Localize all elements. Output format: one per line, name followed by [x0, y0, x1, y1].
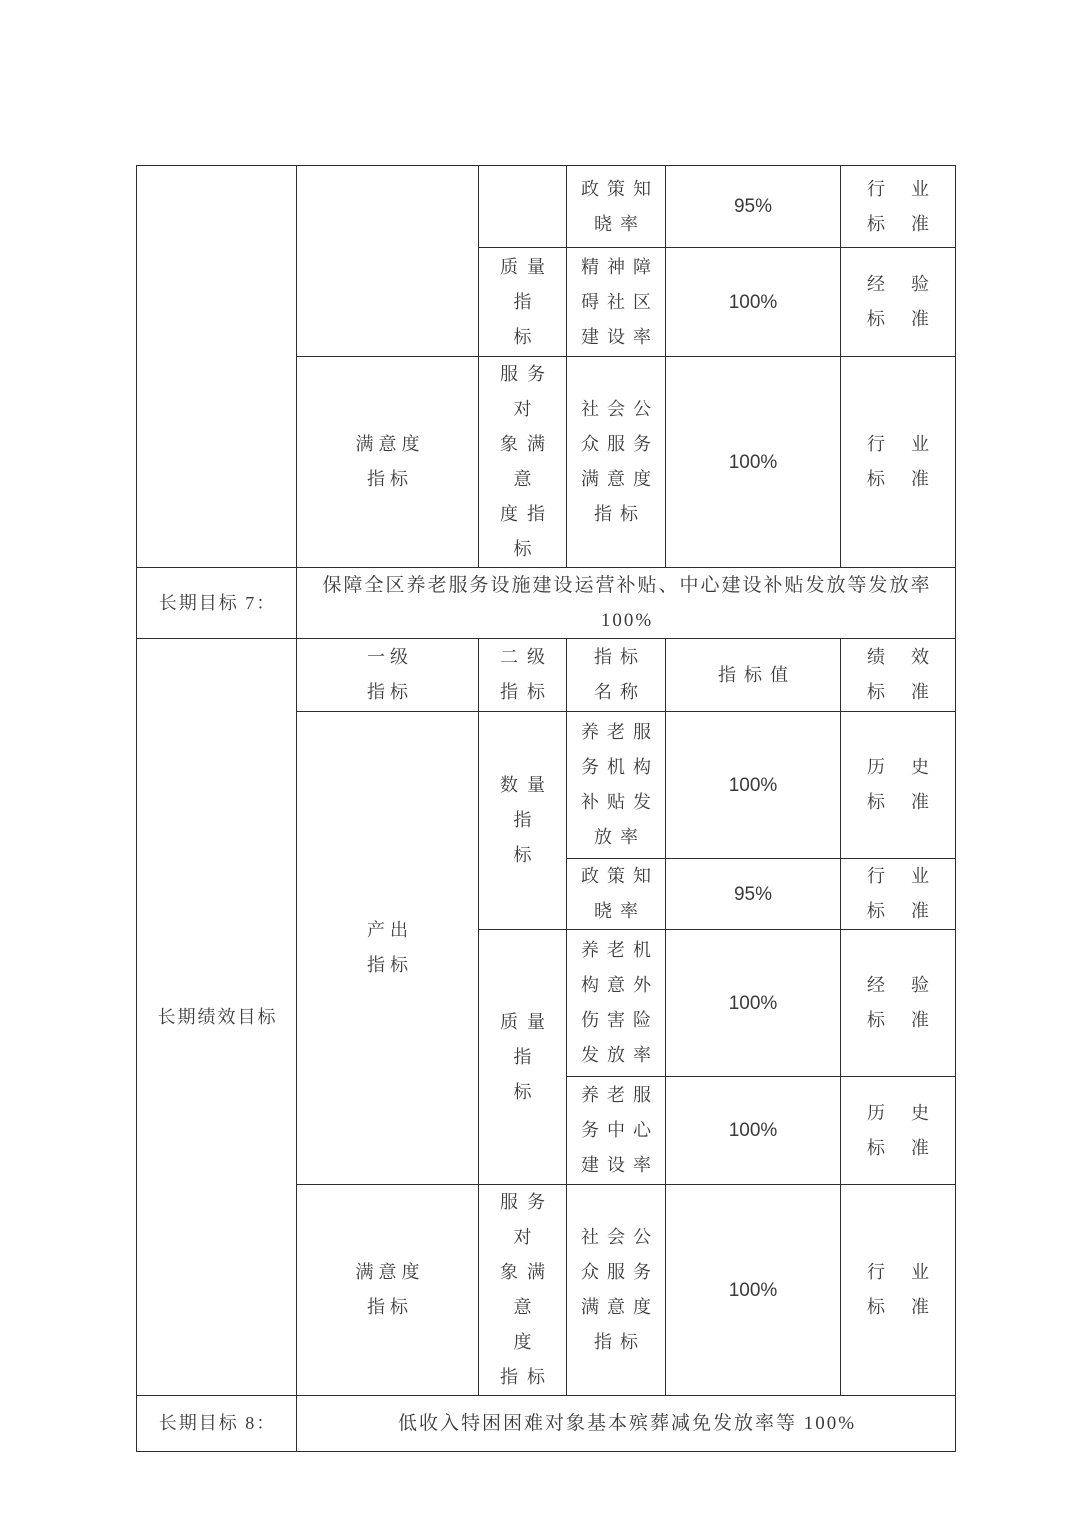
indicator-value-cell: 100% — [666, 248, 841, 357]
indicator-name-cell: 养老服 务中心 建设率 — [567, 1077, 666, 1185]
indicator-value-cell: 100% — [666, 1185, 841, 1396]
goal7-label-cell: 长期目标 7： — [137, 568, 297, 639]
level2-indicator-cell: 服务对 象满意 度指标 — [479, 357, 567, 568]
indicator-value-cell: 100% — [666, 930, 841, 1077]
indicator-name-cell: 社会公 众服务 满意度 指标 — [567, 357, 666, 568]
goal-label-cell-empty — [137, 166, 297, 568]
level1-output-indicator-cell: 产出 指标 — [297, 712, 479, 1185]
header-indicator-name-cell: 指标 名称 — [567, 639, 666, 712]
indicator-value-cell: 95% — [666, 166, 841, 248]
indicator-value-cell: 95% — [666, 859, 841, 930]
performance-indicators-table: 政策知 晓率 95% 行业 标准 质量指 标 精神障 碍社区 建设率 100% … — [136, 165, 956, 1452]
header-level2-cell: 二级 指标 — [479, 639, 567, 712]
performance-standard-cell: 行业 标准 — [841, 166, 956, 248]
level2-quality-indicator-cell: 质量指 标 — [479, 930, 567, 1185]
level2-quantity-indicator-cell: 数量指 标 — [479, 712, 567, 930]
level1-indicator-cell: 满意度 指标 — [297, 357, 479, 568]
indicator-value-cell: 100% — [666, 1077, 841, 1185]
goal8-content-cell: 低收入特困困难对象基本殡葬减免发放率等 100% — [297, 1396, 956, 1452]
performance-standard-cell: 经验 标准 — [841, 248, 956, 357]
level1-indicator-cell-empty — [297, 166, 479, 357]
table-row: 长期目标 8： 低收入特困困难对象基本殡葬减免发放率等 100% — [137, 1396, 956, 1452]
long-term-performance-goal-label-cell: 长期绩效目标 — [137, 639, 297, 1396]
goal8-label-cell: 长期目标 8： — [137, 1396, 297, 1452]
indicator-name-cell: 精神障 碍社区 建设率 — [567, 248, 666, 357]
performance-standard-cell: 行业 标准 — [841, 357, 956, 568]
goal7-content-cell: 保障全区养老服务设施建设运营补贴、中心建设补贴发放等发放率 100% — [297, 568, 956, 639]
level2-indicator-cell: 质量指 标 — [479, 248, 567, 357]
level2-indicator-cell-empty — [479, 166, 567, 248]
performance-standard-cell: 经验 标准 — [841, 930, 956, 1077]
header-standard-cell: 绩效 标准 — [841, 639, 956, 712]
performance-standard-cell: 历史 标准 — [841, 1077, 956, 1185]
document-page: 政策知 晓率 95% 行业 标准 质量指 标 精神障 碍社区 建设率 100% … — [0, 0, 1074, 1520]
indicator-name-cell: 政策知 晓率 — [567, 859, 666, 930]
table-header-row: 长期绩效目标 一级 指标 二级 指标 指标 名称 指标值 绩效 标准 — [137, 639, 956, 712]
indicator-name-cell: 养老服 务机构 补贴发 放率 — [567, 712, 666, 859]
table-row: 长期目标 7： 保障全区养老服务设施建设运营补贴、中心建设补贴发放等发放率 10… — [137, 568, 956, 639]
table-row: 政策知 晓率 95% 行业 标准 — [137, 166, 956, 248]
performance-standard-cell: 行业 标准 — [841, 859, 956, 930]
indicator-name-cell: 社会公 众服务 满意度 指标 — [567, 1185, 666, 1396]
indicator-value-cell: 100% — [666, 357, 841, 568]
indicator-name-cell: 养老机 构意外 伤害险 发放率 — [567, 930, 666, 1077]
indicator-name-cell: 政策知 晓率 — [567, 166, 666, 248]
performance-standard-cell: 行业 标准 — [841, 1185, 956, 1396]
performance-standard-cell: 历史 标准 — [841, 712, 956, 859]
header-level1-cell: 一级 指标 — [297, 639, 479, 712]
indicator-value-cell: 100% — [666, 712, 841, 859]
header-indicator-value-cell: 指标值 — [666, 639, 841, 712]
level1-satisfaction-indicator-cell: 满意度 指标 — [297, 1185, 479, 1396]
level2-satisfaction-indicator-cell: 服务对 象满意 度 指标 — [479, 1185, 567, 1396]
